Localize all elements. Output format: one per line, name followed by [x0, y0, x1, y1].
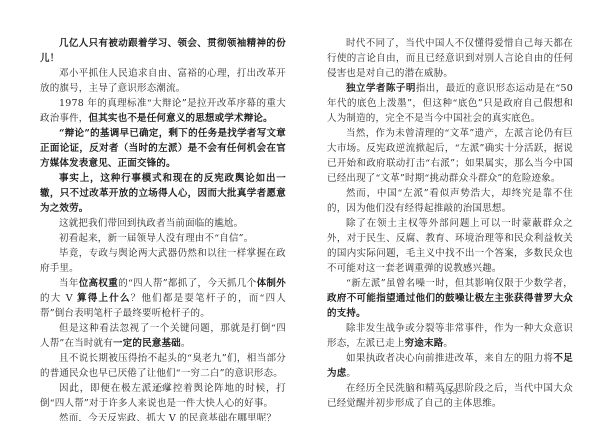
- text-segment: 邓小平抓住人民追求自由、富裕的心理，打出改革开放的旗号，主导了意识形态潮流。: [40, 68, 286, 94]
- paragraph: 且不说长期被压得抬不起头的“臭老九”们，相当部分的普通民众也早已厌倦了让他们“一…: [40, 351, 286, 381]
- paragraph: 然而，今天反宪政、抓大 V 的民意基础在哪里呢？: [40, 411, 286, 421]
- text-segment: 除了在领土主权等外部问题上可以一时蒙蔽群众之外，对于民生、反腐、教育、环境治理等…: [327, 218, 573, 274]
- paragraph: 邓小平抓住人民追求自由、富裕的心理，打出改革开放的旗号，主导了意识形态潮流。: [40, 66, 286, 96]
- paragraph: 事实上，这种行事模式和现在的反宪政舆论如出一辙，只不过改革开放的立场得人心，因而…: [40, 171, 286, 216]
- text-segment: 时代不同了，当代中国人不仅懂得爱惜自己每天都在行使的言论自由，而且已经意识到对别…: [327, 38, 573, 79]
- text-segment: 且不说长期被压得抬不起头的“臭老九”们，相当部分的普通民众也早已厌倦了让他们“一…: [40, 353, 286, 379]
- paragraph: 时代不同了，当代中国人不仅懂得爱惜自己每天都在行使的言论自由，而且已经意识到对别…: [327, 36, 573, 81]
- paragraph: 独立学者陈子明指出，最近的意识形态运动是在“50 年代的底色上泼墨”，但这种“底…: [327, 81, 573, 126]
- bold-text-segment: 事实上，这种行事模式和现在的反宪政舆论如出一辙，只不过改革开放的立场得人心，因而…: [40, 173, 286, 214]
- paragraph: 除了在领土主权等外部问题上可以一时蒙蔽群众之外，对于民生、反腐、教育、环境治理等…: [327, 216, 573, 276]
- text-segment: 然而，中国“左派”看似声势浩大，却终究是靠不住的，因为他们没有经得起推敲的治国思…: [327, 188, 573, 214]
- paragraph: 但是这种看法忽视了一个关键问题，那就是打倒“四人帮”在当时就有一定的民意基础。: [40, 321, 286, 351]
- paragraph: 初看起来，新一届领导人没有理由不“自信”。: [40, 231, 286, 246]
- text-segment: 的大 V: [40, 293, 77, 304]
- bold-text-segment: 几亿人只有被动跟着学习、领会、贯彻领袖精神的份儿！: [40, 38, 286, 64]
- text-segment: 。: [346, 368, 356, 379]
- text-segment: 如果执政者决心向前推进改革，来自左的阻力将: [346, 353, 553, 364]
- page-left-text: 几亿人只有被动跟着学习、领会、贯彻领袖精神的份儿！邓小平抓住人民追求自由、富裕的…: [40, 36, 286, 421]
- paragraph: 毕竟，专政与舆论两大武器仍然和以往一样掌握在政府手里。: [40, 246, 286, 276]
- text-segment: 然而，今天反宪政、抓大 V 的民意基础在哪里呢？: [59, 413, 276, 421]
- bold-text-segment: 政府不可能指望通过他们的鼓噪让极左主张获得普罗大众的支持。: [327, 293, 573, 319]
- text-segment: 当然，作为未曾清理的“文革”遗产，左派言论仍有巨大市场。反宪政逆流掀起后，“左派…: [327, 128, 573, 184]
- paragraph: 这就把我们带回到执政者当前面临的尴尬。: [40, 216, 286, 231]
- paragraph: “新左派”虽曾名噪一时，但其影响仅限于少数学者，政府不可能指望通过他们的鼓噪让极…: [327, 276, 573, 321]
- text-segment: 毕竟，专政与舆论两大武器仍然和以往一样掌握在政府手里。: [40, 248, 286, 274]
- page-right-text: 时代不同了，当代中国人不仅懂得爱惜自己每天都在行使的言论自由，而且已经意识到对别…: [327, 36, 573, 411]
- text-segment: 初看起来，新一届领导人没有理由不“自信”。: [59, 233, 253, 244]
- paragraph: 除非发生战争或分裂等非常事件，作为一种大众意识形态，左派已走上穷途末路。: [327, 321, 573, 351]
- bold-text-segment: “辩论”的基调早已确定，剩下的任务是找学者写文章正面论证，反对者（当时的左派）是…: [40, 128, 286, 169]
- text-segment: 当年: [59, 278, 79, 289]
- page-right-number: 135: [327, 387, 573, 396]
- bold-text-segment: 位高权重: [79, 278, 118, 289]
- paragraph: 在经历全民洗脑和精英反思阶段之后，当代中国大众已经觉醒并初步形成了自己的主体思维…: [327, 381, 573, 411]
- paragraph: 然而，中国“左派”看似声势浩大，却终究是靠不住的，因为他们没有经得起推敲的治国思…: [327, 186, 573, 216]
- bold-text-segment: 一定的民意基础: [113, 338, 181, 349]
- bold-text-segment: 独立学者陈子明: [346, 83, 416, 94]
- text-segment: 。: [181, 338, 191, 349]
- text-segment: 的“四人帮”都抓了，今天抓几个: [118, 278, 256, 289]
- bold-text-segment: 体制外: [257, 278, 286, 289]
- bold-text-segment: 算得上什么: [77, 293, 131, 304]
- paragraph: “辩论”的基调早已确定，剩下的任务是找学者写文章正面论证，反对者（当时的左派）是…: [40, 126, 286, 171]
- paragraph: 几亿人只有被动跟着学习、领会、贯彻领袖精神的份儿！: [40, 36, 286, 66]
- paragraph: 当年位高权重的“四人帮”都抓了，今天抓几个体制外的大 V 算得上什么？他们都是耍…: [40, 276, 286, 321]
- paragraph: 1978 年的真理标准“大辩论”是拉开改革序幕的重大政治事件，但其实也不是任何意…: [40, 96, 286, 126]
- bold-text-segment: 穷途末路: [405, 338, 444, 349]
- text-segment: 这就把我们带回到执政者当前面临的尴尬。: [59, 218, 243, 229]
- page-left-number: 134: [40, 384, 286, 393]
- book-spread: 几亿人只有被动跟着学习、领会、贯彻领袖精神的份儿！邓小平抓住人民追求自由、富裕的…: [0, 0, 600, 421]
- text-segment: “新左派”虽曾名噪一时，但其影响仅限于少数学者，: [346, 278, 573, 289]
- bold-text-segment: 但其实也不是任何意义的思想或学术辩论。: [89, 113, 273, 124]
- paragraph: 当然，作为未曾清理的“文革”遗产，左派言论仍有巨大市场。反宪政逆流掀起后，“左派…: [327, 126, 573, 186]
- text-segment: 。: [443, 338, 453, 349]
- paragraph: 如果执政者决心向前推进改革，来自左的阻力将不足为虑。: [327, 351, 573, 381]
